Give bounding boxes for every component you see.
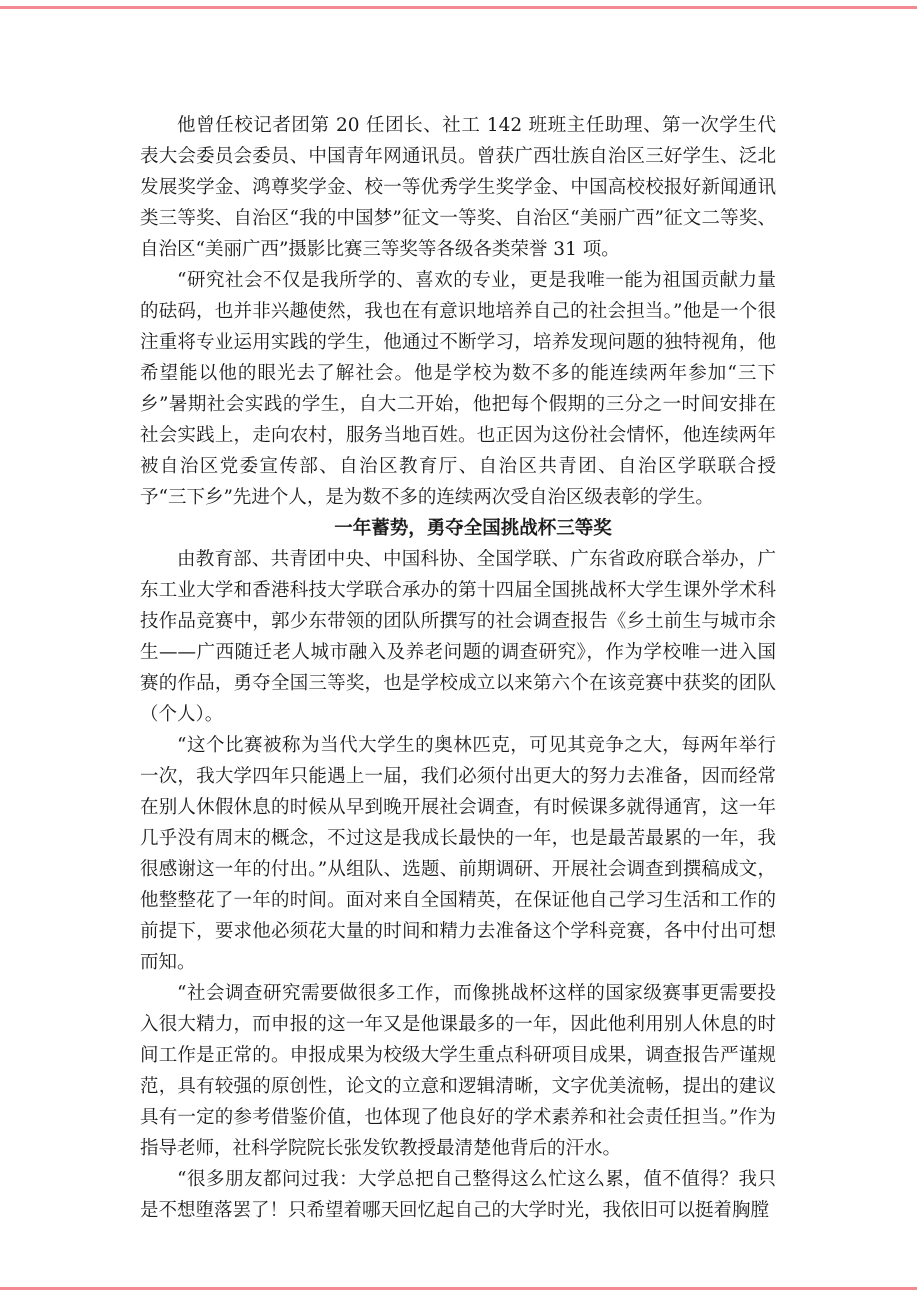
- bottom-border-rule: [0, 1287, 917, 1290]
- paragraph-olympics-quote: “这个比赛被称为当代大学生的奥林匹克，可见其竞争之大，每两年举行一次，我大学四年…: [140, 730, 776, 978]
- paragraph-social-practice: “研究社会不仅是我所学的、喜欢的专业，更是我唯一能为祖国贡献力量的砝码，也并非兴…: [140, 265, 776, 513]
- paragraph-friends-quote: “很多朋友都问过我：大学总把自己整得这么忙这么累，值不值得？我只是不想堕落罢了！…: [140, 1164, 776, 1226]
- section-heading: 一年蓄势，勇夺全国挑战杯三等奖: [140, 513, 776, 544]
- paragraph-honors: 他曾任校记者团第 20 任团长、社工 142 班班主任助理、第一次学生代表大会委…: [140, 110, 776, 265]
- top-border-rule: [0, 6, 917, 9]
- document-page-body: 他曾任校记者团第 20 任团长、社工 142 班班主任助理、第一次学生代表大会委…: [140, 110, 776, 1226]
- paragraph-challenge-cup: 由教育部、共青团中央、中国科协、全国学联、广东省政府联合举办，广东工业大学和香港…: [140, 544, 776, 730]
- paragraph-advisor-quote: “社会调查研究需要做很多工作，而像挑战杯这样的国家级赛事更需要投入很大精力，而申…: [140, 978, 776, 1164]
